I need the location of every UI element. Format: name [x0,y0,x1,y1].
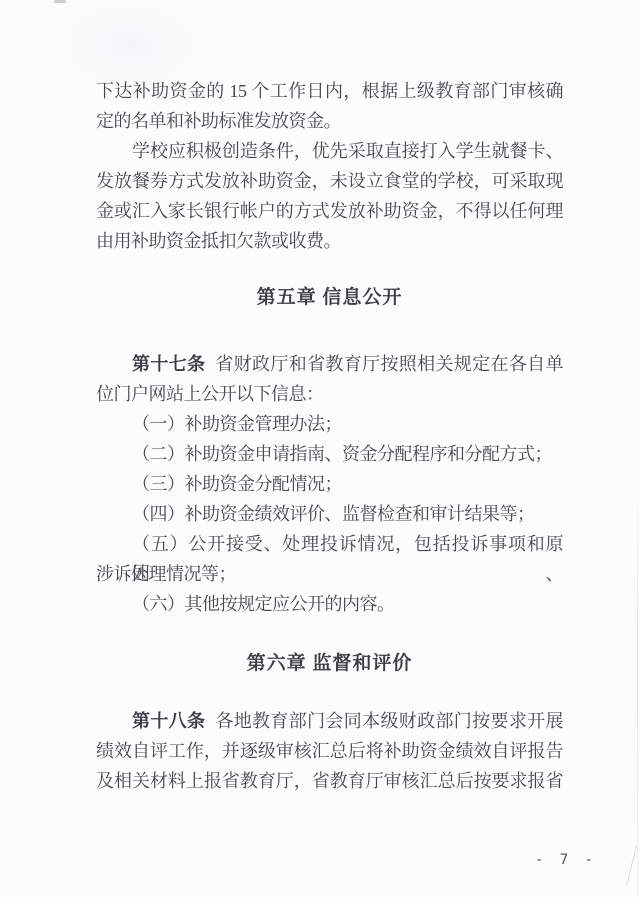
body-line: 金或汇入家长银行帐户的方式发放补助资金，不得以任何理 [96,196,563,226]
scanned-document-page: 下达补助资金的 15 个工作日内，根据上级教育部门审核确 定的名单和补助标准发放… [0,0,640,897]
body-line: 第十七条省财政厅和省教育厅按照相关规定在各自单 [96,349,563,379]
body-line: 学校应积极创造条件，优先采取直接打入学生就餐卡、 [96,136,563,166]
article-number-bold: 第十七条 [132,354,205,374]
scan-artifact-edge [637,480,638,897]
chapter-heading-6: 第六章 监督和评价 [96,649,563,679]
body-line: 位门户网站上公开以下信息： [96,379,563,409]
body-line: 绩效自评工作，并逐级审核汇总后将补助资金绩效自评报告 [96,736,563,766]
article-17-paragraph: 第十七条省财政厅和省教育厅按照相关规定在各自单 位门户网站上公开以下信息： [96,349,563,409]
list-item: （四）补助资金绩效评价、监督检查和审计结果等； [96,499,563,529]
scan-artifact-speck [54,0,66,3]
body-line: 下达补助资金的 15 个工作日内，根据上级教育部门审核确 [96,76,563,106]
body-line: 第十八条各地教育部门会同本级财政部门按要求开展 [96,706,563,736]
list-item: （三）补助资金分配情况； [96,469,563,499]
list-item: （六）其他按规定应公开的内容。 [96,589,563,619]
body-line: 发放餐券方式发放补助资金，未设立食堂的学校，可采取现 [96,166,563,196]
article-number-bold: 第十八条 [132,711,205,731]
article-18-paragraph: 第十八条各地教育部门会同本级财政部门按要求开展 绩效自评工作，并逐级审核汇总后将… [96,706,563,796]
list-item: （一）补助资金管理办法； [96,409,563,439]
body-line: 由用补助资金抵扣欠款或收费。 [96,226,563,256]
list-item: （五）公开接受、处理投诉情况，包括投诉事项和原因、 [96,529,563,559]
page-number: - 7 - [535,852,597,868]
article-text: 省财政厅和省教育厅按照相关规定在各自单 [215,354,563,374]
scan-artifact-corner-line [626,846,637,887]
chapter-heading-5: 第五章 信息公开 [96,283,563,313]
body-line: 及相关材料上报省教育厅，省教育厅审核汇总后按要求报省 [96,766,563,796]
list-item: （二）补助资金申请指南、资金分配程序和分配方式； [96,439,563,469]
body-line: 定的名单和补助标准发放资金。 [96,106,563,136]
disclosure-list: （一）补助资金管理办法； （二）补助资金申请指南、资金分配程序和分配方式； （三… [96,409,563,619]
body-paragraphs-top: 下达补助资金的 15 个工作日内，根据上级教育部门审核确 定的名单和补助标准发放… [96,76,563,256]
article-text: 各地教育部门会同本级财政部门按要求开展 [215,711,563,731]
